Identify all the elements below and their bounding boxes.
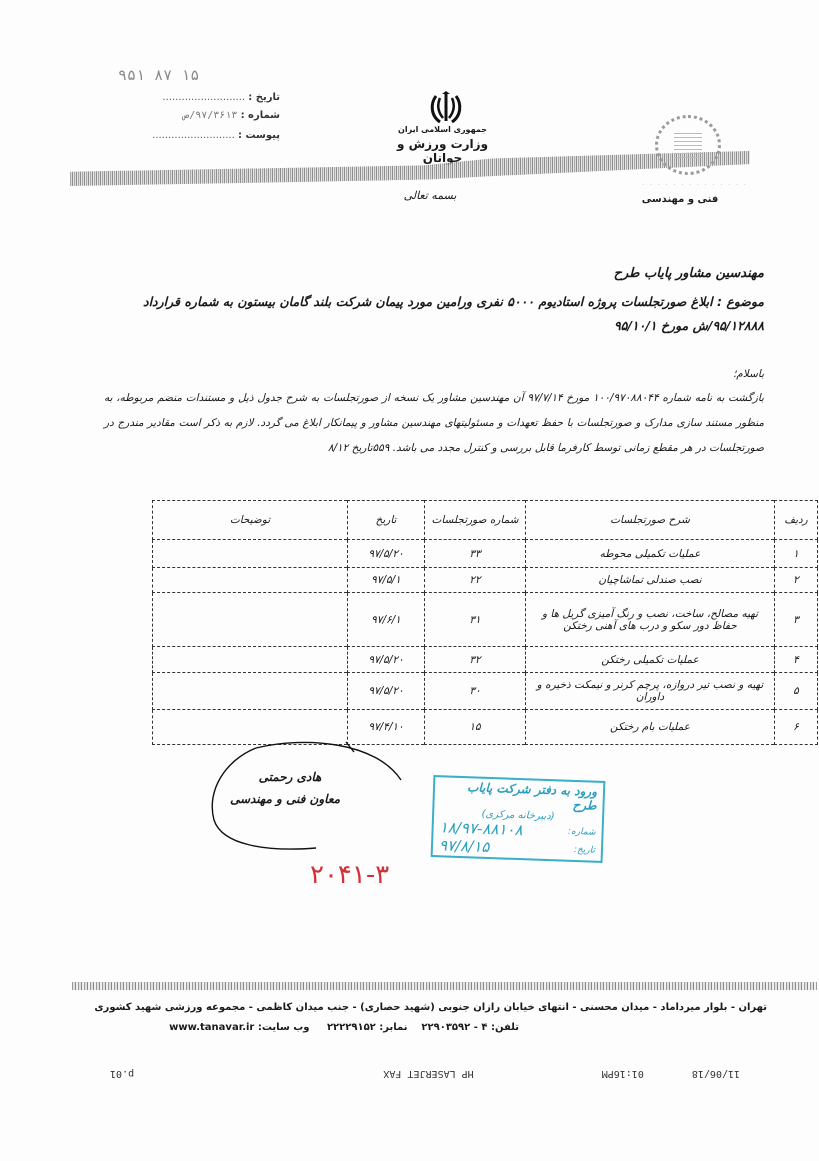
fax-device: HP LASERJET FAX — [383, 1068, 473, 1079]
cell-row: ۴ — [775, 647, 818, 673]
greeting: باسلام؛ — [733, 368, 764, 380]
header-row-number: ردیف — [775, 501, 818, 540]
cell-row: ۵ — [775, 673, 818, 710]
minutes-table: ردیف شرح صورتجلسات شماره صورتجلسات تاریخ… — [152, 500, 818, 745]
cell-date: ۹۷/۵/۱ — [348, 568, 425, 593]
header-notes: توضیحات — [153, 501, 348, 540]
fax-number: ۲۲۲۲۹۱۵۲ — [327, 1022, 376, 1033]
cell-date: ۹۷/۵/۲۰ — [348, 647, 425, 673]
halftone-footer-band — [72, 982, 817, 990]
cell-number: ۳۱ — [425, 593, 526, 647]
stamp-date-label: تاریخ: — [574, 845, 595, 856]
iran-emblem-icon — [428, 90, 464, 126]
cell-date: ۹۷/۵/۲۰ — [348, 673, 425, 710]
header-description: شرح صورتجلسات — [526, 501, 775, 540]
attachment-dots: .......................... — [152, 130, 235, 141]
fax-page: p.01 — [110, 1068, 134, 1079]
handwritten-reference-note: ۲۰۴۱-۳ — [310, 860, 389, 890]
stamp-number-label: شماره: — [568, 827, 596, 838]
footer-contact: تلفن: ۴ - ۲۲۹۰۳۵۹۲ نمابر: ۲۲۲۲۹۱۵۲ وب سا… — [39, 1022, 519, 1033]
fax-transmission-line: 11/06/18 01:16PM HP LASERJET FAX p.01 — [110, 1068, 740, 1079]
date-label: تاریخ : — [248, 92, 280, 103]
received-stamp: ورود به دفتر شرکت پایاب طرح (دبیرخانه مر… — [431, 775, 606, 863]
signatory-title: معاون فنی و مهندسی — [205, 792, 365, 806]
cell-row: ۳ — [775, 593, 818, 647]
header-minutes-number: شماره صورتجلسات — [425, 501, 526, 540]
cell-notes — [153, 673, 348, 710]
phone-number: ۴ - ۲۲۹۰۳۵۹۲ — [421, 1022, 487, 1033]
header-date: تاریخ — [348, 501, 425, 540]
stamp-date-value: ۹۷/۸/۱۵ — [439, 836, 490, 856]
cell-notes — [153, 647, 348, 673]
cell-description: عملیات تکمیلی محوطه — [526, 540, 775, 568]
cell-description: عملیات تکمیلی رختکن — [526, 647, 775, 673]
date-dots: .......................... — [162, 92, 245, 103]
logo-caption: . . . . . . . . . . . . . . — [620, 180, 770, 187]
cell-description: تهیه مصالح، ساخت، نصب و رنگ آمیزی گریل ه… — [526, 593, 775, 647]
cell-date: ۹۷/۵/۲۰ — [348, 540, 425, 568]
organization-logo-icon — [655, 115, 721, 175]
phone-label: تلفن: — [491, 1022, 519, 1033]
attachment-field: پیوست : .......................... — [140, 130, 280, 141]
number-label: شماره : — [241, 110, 280, 121]
signatory-name: هادی رحمتی — [230, 770, 350, 784]
attachment-label: پیوست : — [238, 130, 280, 141]
cell-notes — [153, 593, 348, 647]
subject-line: موضوع : ابلاغ صورتجلسات پروژه استادیوم ۵… — [114, 290, 764, 338]
table-row: ۱ عملیات تکمیلی محوطه ۳۳ ۹۷/۵/۲۰ — [153, 540, 818, 568]
number-field: شماره : ۹۷/۳۶۱۳/ص — [140, 110, 280, 121]
cell-description: نصب صندلی تماشاچیان — [526, 568, 775, 593]
cell-row: ۱ — [775, 540, 818, 568]
table-row: ۵ تهیه و نصب تیر دروازه، پرچم کرنر و نیم… — [153, 673, 818, 710]
cell-number: ۳۰ — [425, 673, 526, 710]
cell-number: ۲۲ — [425, 568, 526, 593]
cell-description: عملیات بام رختکن — [526, 710, 775, 745]
fax-label: نمابر: — [379, 1022, 407, 1033]
footer-address: تهران - بلوار میرداماد - میدان محسنی - ا… — [87, 1002, 767, 1013]
table-header-row: ردیف شرح صورتجلسات شماره صورتجلسات تاریخ… — [153, 501, 818, 540]
cell-notes — [153, 540, 348, 568]
website-link[interactable]: www.tanavar.ir — [169, 1022, 254, 1033]
cell-number: ۳۲ — [425, 647, 526, 673]
cell-description: تهیه و نصب تیر دروازه، پرچم کرنر و نیمکت… — [526, 673, 775, 710]
basmala: بسمه تعالی — [395, 189, 465, 202]
table-row: ۲ نصب صندلی تماشاچیان ۲۲ ۹۷/۵/۱ — [153, 568, 818, 593]
cell-date: ۹۷/۶/۱ — [348, 593, 425, 647]
cell-number: ۳۳ — [425, 540, 526, 568]
table-row: ۴ عملیات تکمیلی رختکن ۳۲ ۹۷/۵/۲۰ — [153, 647, 818, 673]
website-label: وب سایت: — [258, 1022, 310, 1033]
government-name: جمهوری اسلامی ایران — [380, 125, 505, 134]
department-name: فنی و مهندسی — [640, 194, 720, 205]
letter-body: بازگشت به نامه شماره ۱۰۰/۹۷۰۸۸۰۴۴ مورخ ۹… — [104, 386, 764, 461]
fax-date: 11/06/18 — [692, 1068, 740, 1079]
date-field: تاریخ : .......................... — [140, 92, 280, 103]
fax-time: 01:16PM — [602, 1068, 644, 1079]
cell-notes — [153, 568, 348, 593]
number-value: ۹۷/۳۶۱۳/ص — [183, 110, 237, 121]
cell-number: ۱۵ — [425, 710, 526, 745]
addressee: مهندسین مشاور پایاب طرح — [614, 266, 764, 281]
table-row: ۳ تهیه مصالح، ساخت، نصب و رنگ آمیزی گریل… — [153, 593, 818, 647]
top-number-stamp: ۹۵۱ ۸۷ ۱۵ — [118, 66, 199, 84]
cell-row: ۲ — [775, 568, 818, 593]
cell-row: ۶ — [775, 710, 818, 745]
